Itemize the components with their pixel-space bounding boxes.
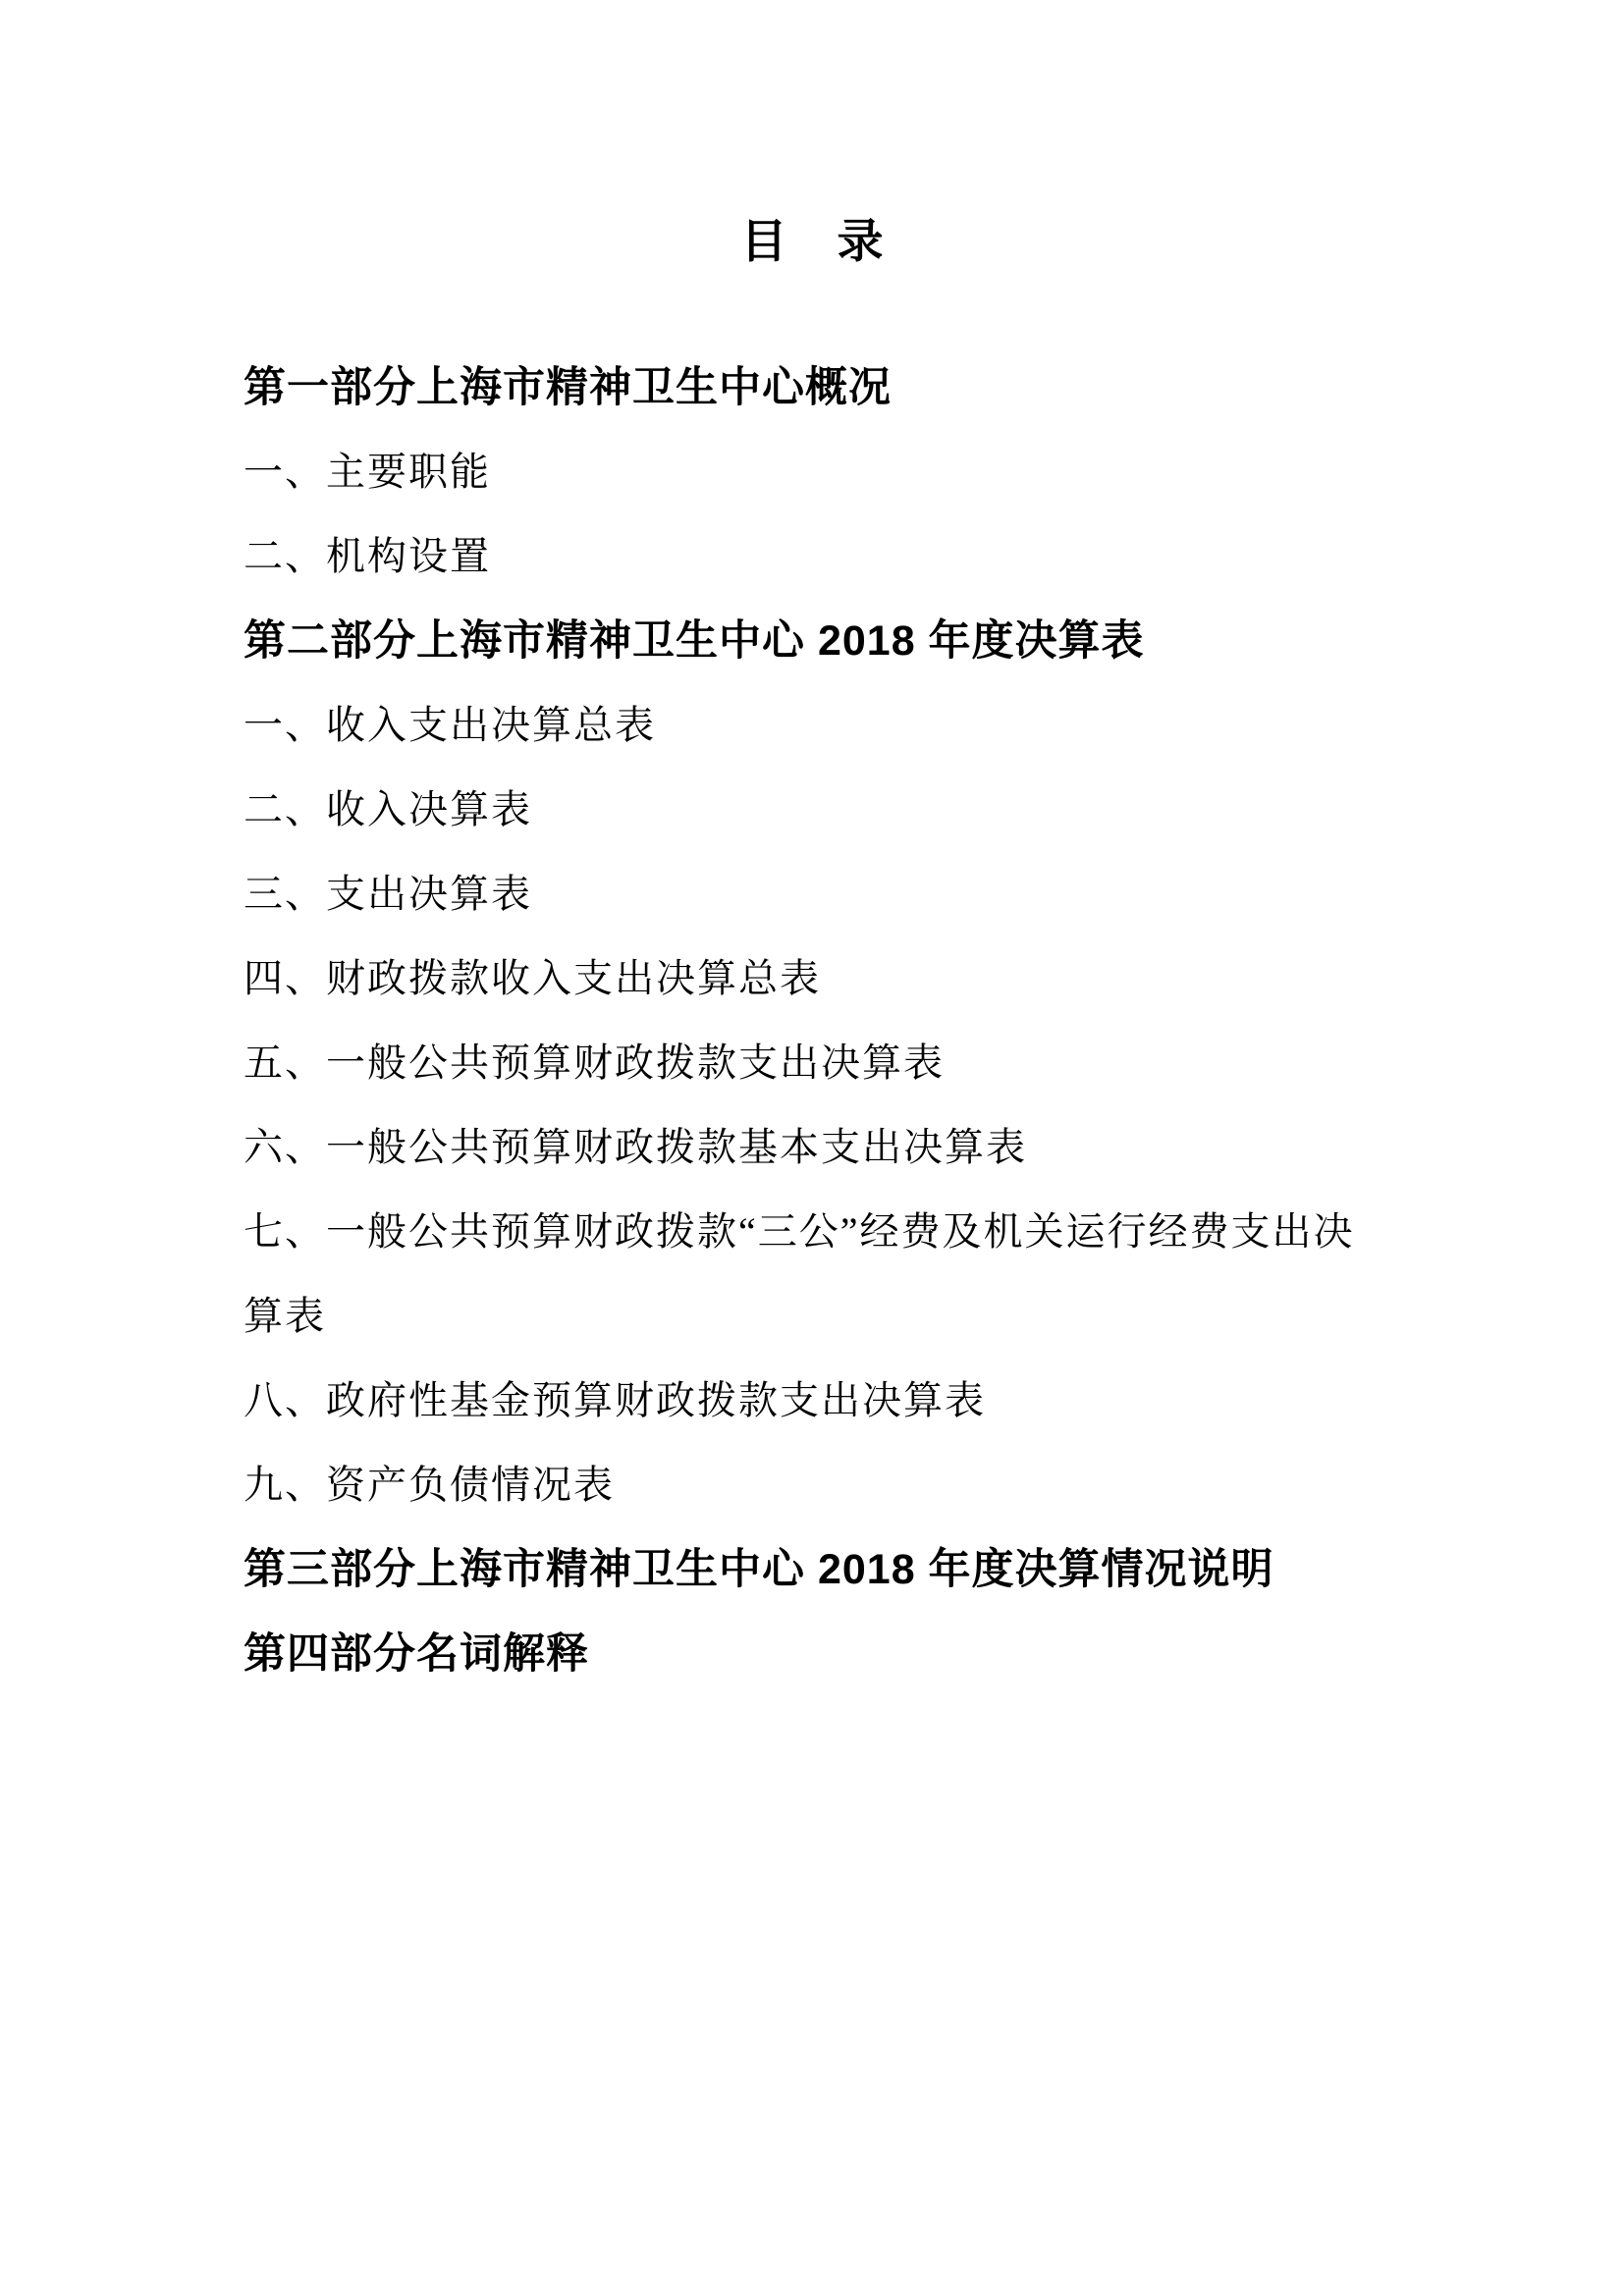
toc-entry-11: 八、政府性基金预算财政拨款支出决算表 (244, 1359, 1382, 1443)
table-of-contents: 第一部分上海市精神卫生中心概况一、主要职能二、机构设置第二部分上海市精神卫生中心… (244, 346, 1382, 1696)
toc-entry-12: 九、资产负债情况表 (244, 1443, 1382, 1527)
toc-entry-13: 第三部分上海市精神卫生中心 2018 年度决算情况说明 (244, 1527, 1382, 1612)
toc-entry-5: 二、收入决算表 (244, 768, 1382, 852)
toc-entry-4: 一、收入支出决算总表 (244, 683, 1382, 768)
page-title: 目 录 (244, 199, 1382, 284)
toc-entry-10: 七、一般公共预算财政拨款“三公”经费及机关运行经费支出决算表 (244, 1190, 1382, 1359)
toc-entry-9: 六、一般公共预算财政拨款基本支出决算表 (244, 1105, 1382, 1190)
document-content: 目 录 第一部分上海市精神卫生中心概况一、主要职能二、机构设置第二部分上海市精神… (244, 199, 1382, 1696)
toc-entry-3: 第二部分上海市精神卫生中心 2018 年度决算表 (244, 599, 1382, 683)
toc-entry-6: 三、支出决算表 (244, 852, 1382, 936)
toc-entry-0: 第一部分上海市精神卫生中心概况 (244, 346, 1382, 430)
toc-entry-7: 四、财政拨款收入支出决算总表 (244, 936, 1382, 1021)
document-page: 目 录 第一部分上海市精神卫生中心概况一、主要职能二、机构设置第二部分上海市精神… (0, 0, 1624, 2296)
toc-entry-14: 第四部分名词解释 (244, 1612, 1382, 1696)
toc-entry-8: 五、一般公共预算财政拨款支出决算表 (244, 1021, 1382, 1105)
toc-entry-1: 一、主要职能 (244, 430, 1382, 514)
toc-entry-2: 二、机构设置 (244, 514, 1382, 599)
